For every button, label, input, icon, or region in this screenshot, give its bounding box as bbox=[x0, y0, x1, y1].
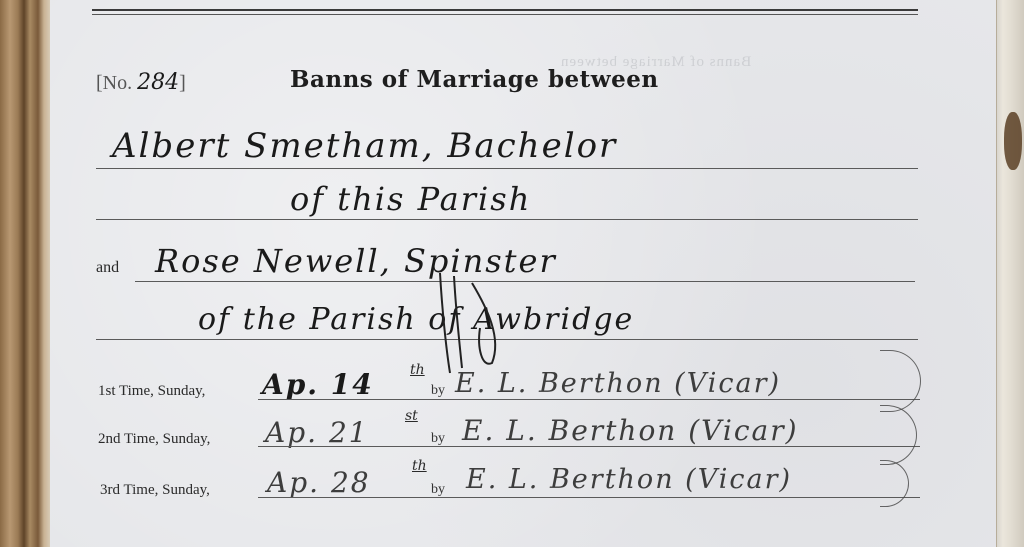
pen-flourish-mark bbox=[432, 268, 512, 378]
first-time-rule bbox=[258, 399, 920, 400]
third-time-date: Ap. 28 bbox=[267, 466, 371, 499]
first-time-suffix: th bbox=[410, 362, 425, 378]
second-time-suffix: st bbox=[405, 408, 418, 424]
groom-name-line: Albert Smetham, Bachelor bbox=[112, 126, 617, 166]
page-title: Banns of Marriage between bbox=[290, 66, 659, 93]
bride-parish-line: of the Parish of Awbridge bbox=[198, 302, 634, 337]
top-double-rule bbox=[92, 9, 918, 15]
bride-name-rule bbox=[135, 281, 915, 282]
and-label: and bbox=[96, 259, 119, 277]
second-time-rule bbox=[258, 446, 920, 447]
third-time-by-label: by bbox=[431, 482, 445, 498]
groom-parish-line: of this Parish bbox=[290, 180, 531, 218]
entry-number-value: 284 bbox=[137, 70, 179, 95]
third-time-label: 3rd Time, Sunday, bbox=[100, 482, 210, 499]
second-time-by-label: by bbox=[431, 431, 445, 447]
second-time-officiant: E. L. Berthon (Vicar) bbox=[462, 414, 799, 447]
first-time-officiant: E. L. Berthon (Vicar) bbox=[455, 368, 781, 399]
first-time-date: Ap. 14 bbox=[262, 368, 374, 401]
third-time-suffix: th bbox=[412, 458, 427, 474]
ink-stain bbox=[1004, 112, 1022, 170]
page-fore-edge bbox=[996, 0, 1024, 547]
groom-parish-rule bbox=[96, 219, 918, 220]
entry-number: [No. 284] bbox=[96, 70, 186, 95]
second-time-date: Ap. 21 bbox=[265, 416, 369, 449]
entry-number-label: [No. bbox=[96, 72, 132, 94]
groom-name-rule bbox=[96, 168, 918, 169]
entry-number-close: ] bbox=[179, 72, 186, 94]
book-spine-edge bbox=[0, 0, 50, 547]
third-time-officiant: E. L. Berthon (Vicar) bbox=[466, 464, 792, 495]
second-time-label: 2nd Time, Sunday, bbox=[98, 431, 210, 448]
first-time-by-label: by bbox=[431, 383, 445, 399]
first-time-label: 1st Time, Sunday, bbox=[98, 383, 205, 400]
third-time-rule bbox=[258, 497, 920, 498]
